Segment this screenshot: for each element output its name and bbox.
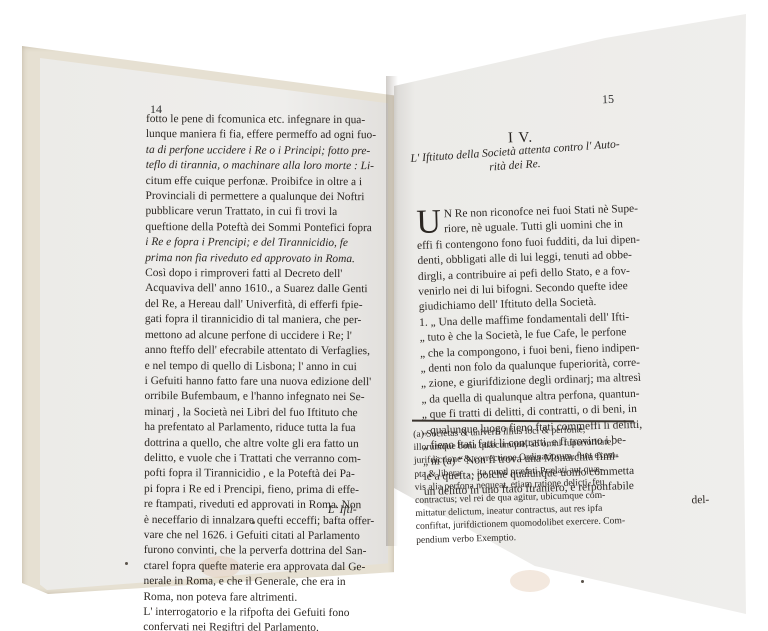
page-number-right: 15	[602, 92, 615, 107]
text-line: prima non fia riveduto ed approvato in R…	[145, 251, 377, 268]
text-line: Provinciali di permettere a qualunque de…	[146, 189, 378, 206]
text-line: i Gefuiti hanno fatto fare una nuova edi…	[145, 374, 377, 391]
text-line: anno fteffo dell' efecrabile attentato d…	[145, 343, 377, 360]
paper-stain	[510, 570, 550, 592]
text-line: pofti fopra il Tirannicidio , e la Potef…	[144, 466, 376, 483]
drop-cap: U	[416, 207, 441, 238]
text-line: i Re e fopra i Prencipi; e del Tirannici…	[145, 235, 377, 252]
text-line: fotto le pene di fcomunica etc. infegnar…	[146, 112, 378, 129]
text-line: e nel tempo di quello di Lisbona; l' ann…	[145, 358, 377, 375]
text-line: queftione della Poteftà dei Sommi Pontef…	[145, 220, 377, 237]
text-line: vare che nel 1626. i Gefuiti citati al P…	[144, 528, 376, 545]
text-line: nerale in Roma, e che il Generale, che e…	[143, 574, 375, 591]
left-page-body: fotto le pene di fcomunica etc. infegnar…	[143, 112, 378, 631]
text-line: teflo di tirannia, o machinare alla loro…	[146, 158, 378, 175]
text-line: furono convinti, che la perverfa dottrin…	[144, 543, 376, 560]
text-line: confervati nei Regiftri del Parlamento.	[143, 620, 375, 631]
text-line: minarj , la Società nei Libri del fuo If…	[144, 405, 376, 422]
text-line: L' interrogatorio e la rifpofta dei Gefu…	[143, 605, 375, 622]
text-line: ha prefentato al Parlamento, riduce tutt…	[144, 420, 376, 437]
text-line: lunque maniera fi fia, effere permeffo a…	[146, 127, 378, 144]
text-line: del Re, a Hereau dall' Univerfità, di ef…	[145, 297, 377, 314]
text-line: citum effe cuique perfonæ. Proibifce in …	[146, 174, 378, 191]
book-gutter	[386, 76, 398, 546]
text-line: gati fopra il tirannicidio di tal manier…	[145, 312, 377, 329]
text-line: dottrina a quello, che altre volte gli e…	[144, 436, 376, 453]
text-line: ta di perfone uccidere i Re o i Principi…	[146, 143, 378, 160]
text-line: Acquaviva dell' anno 1610., a Suarez dal…	[145, 281, 377, 298]
text-line: Roma, non poteva fare altrimenti.	[143, 590, 375, 607]
text-line: ctarel fopra quefte materie era approvat…	[144, 559, 376, 576]
paper-speck	[581, 580, 584, 583]
catchword-left: L' Ifti-	[328, 504, 357, 516]
text-line: orribile Bufembaum, e l'hanno infegnato …	[144, 389, 376, 406]
footnote: (a) Societas & univerfi illius loci & pe…	[413, 422, 636, 547]
text-line: mettono ad alcune perfone di uccidere i …	[145, 328, 377, 345]
text-line: pi fopra i Re ed i Prencipi, fieno, prim…	[144, 482, 376, 499]
paper-speck	[125, 562, 128, 565]
text-line: Così dopo i rimproveri fatti al Decreto …	[145, 266, 377, 283]
text-line: pubblicare verun Trattato, in cui fi tro…	[145, 204, 377, 221]
text-line: delitto, e vuole che i Trattati che verr…	[144, 451, 376, 468]
